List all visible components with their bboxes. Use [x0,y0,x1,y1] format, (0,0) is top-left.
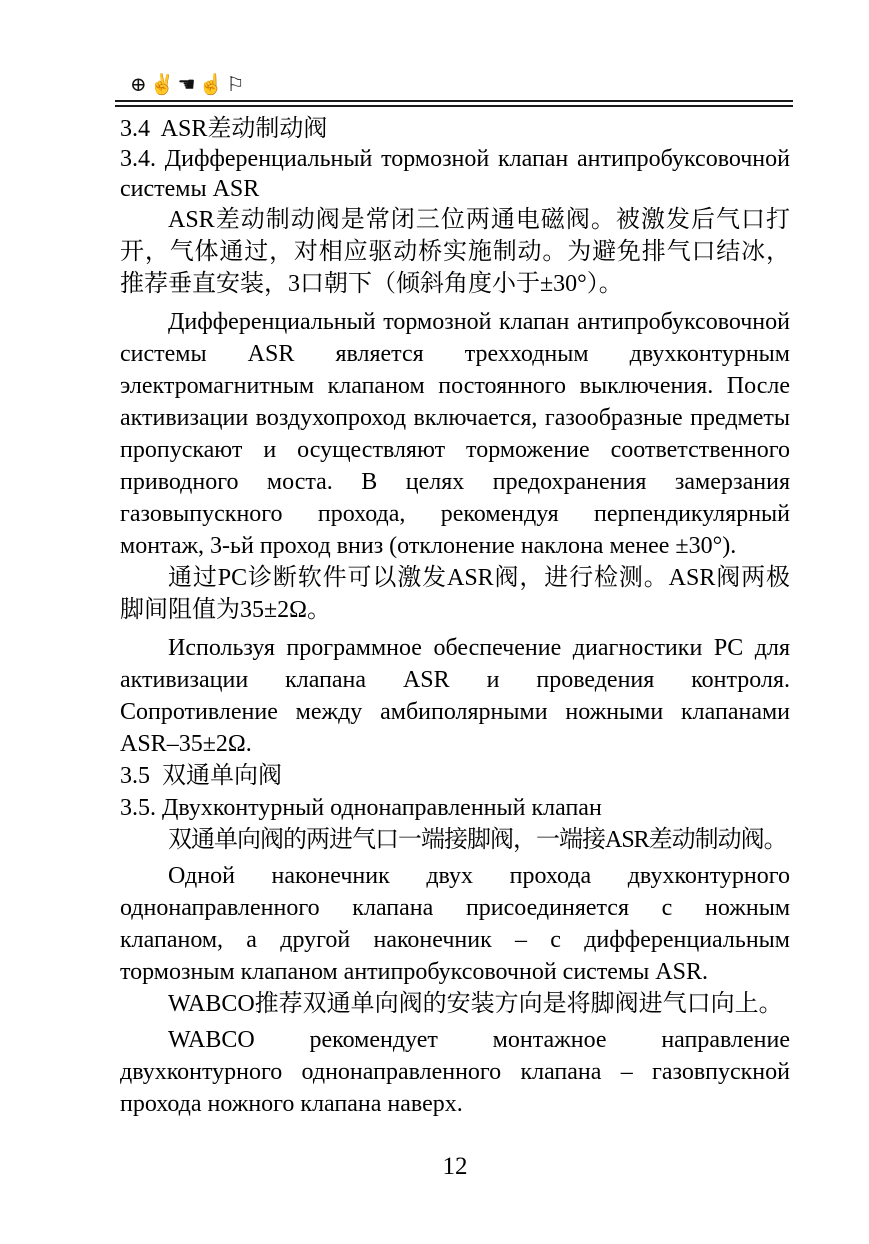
section-3-5-title-ru: 3.5. Двухконтурный однонаправленный клап… [120,792,790,824]
para-check-valve-zh: 双通单向阀的两进气口一端接脚阀，一端接ASR差动制动阀。 [120,824,790,856]
para-check-valve-ru: Одной наконечник двух прохода двухконтур… [120,860,790,988]
section-3-4-title-zh: 3.4 ASR差动制动阀 [120,114,790,144]
page-body: 3.4 ASR差动制动阀 3.4. Дифференциальный тормо… [120,114,790,1120]
header-logo-glyphs-icon: ⊕✌☚☝⚐ [130,74,247,96]
document-page: ⊕✌☚☝⚐ 3.4 ASR差动制动阀 3.4. Дифференциальный… [0,0,869,1244]
para-wabco-mounting-zh: WABCO推荐双通单向阀的安装方向是将脚阀进气口向上。 [120,988,790,1020]
para-asr-diagnostics-ru: Используя программное обеспечение диагно… [120,632,790,760]
page-number: 12 [120,1152,790,1182]
para-wabco-mounting-ru: WABCO рекомендует монтажное направление … [120,1024,790,1120]
section-3-5-title-zh: 3.5 双通单向阀 [120,760,790,792]
para-asr-diagnostics-zh: 通过PC诊断软件可以激发ASR阀，进行检测。ASR阀两极脚间阻值为35±2Ω。 [120,562,790,626]
header-double-rule [115,100,793,107]
para-asr-valve-zh: ASR差动制动阀是常闭三位两通电磁阀。被激发后气口打开，气体通过，对相应驱动桥实… [120,204,790,300]
para-asr-valve-ru: Дифференциальный тормозной клапан антипр… [120,306,790,562]
section-3-4-title-ru: 3.4. Дифференциальный тормозной клапан а… [120,144,790,204]
